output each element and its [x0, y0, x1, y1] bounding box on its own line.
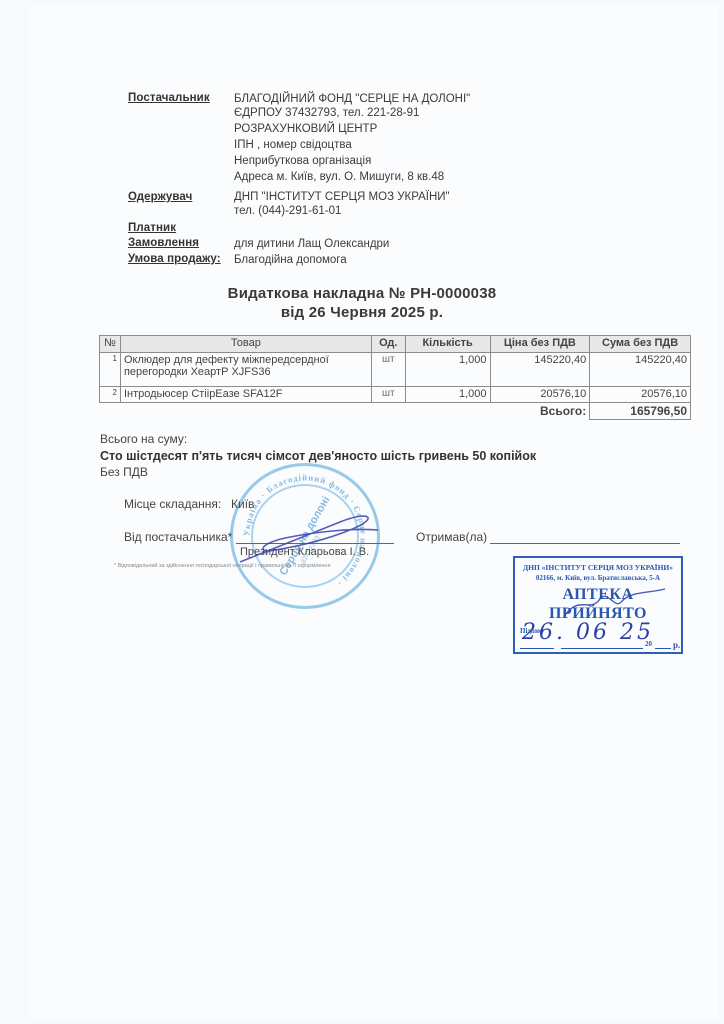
- recipient-phone: тел. (044)-291-61-01: [234, 203, 341, 219]
- place-label: Місце складання:: [124, 497, 221, 511]
- supplier-org-type: Неприбуткова організація: [234, 153, 371, 169]
- row-qty: 1,000: [405, 387, 490, 403]
- sale-terms-label: Умова продажу:: [128, 253, 221, 265]
- stamp-signature-scribble: [560, 585, 670, 625]
- supplier-address: Адреса м. Київ, вул. О. Мишуги, 8 кв.48: [234, 169, 444, 185]
- col-header-sum: Сума без ПДВ: [590, 336, 691, 353]
- table-total-row: Всього: 165796,50: [100, 403, 691, 420]
- table-header-row: № Товар Од. Кількість Ціна без ПДВ Сума …: [100, 336, 691, 353]
- row-sum: 145220,40: [590, 353, 691, 387]
- col-header-num: №: [100, 336, 121, 353]
- order-value: для дитини Лащ Олександри: [234, 236, 389, 252]
- goods-table: № Товар Од. Кількість Ціна без ПДВ Сума …: [99, 335, 691, 420]
- supplier-signature-scribble: [230, 500, 390, 570]
- vat-note: Без ПДВ: [100, 465, 148, 479]
- col-header-unit: Од.: [371, 336, 405, 353]
- document-date: від 26 Червня 2025 р.: [0, 304, 724, 321]
- row-price: 145220,40: [490, 353, 590, 387]
- supplier-label: Постачальник: [128, 92, 210, 104]
- recipient-label: Одержувач: [128, 191, 192, 203]
- supplier-center: РОЗРАХУНКОВИЙ ЦЕНТР: [234, 121, 377, 137]
- row-sum: 20576,10: [590, 387, 691, 403]
- col-header-item: Товар: [120, 336, 371, 353]
- row-num: 2: [100, 387, 121, 403]
- table-row: 2 Інтродьюсер СтіірЕазе SFA12F шт 1,000 …: [100, 387, 691, 403]
- total-label: Всього:: [490, 403, 590, 420]
- sale-terms-value: Благодійна допомога: [234, 252, 347, 268]
- col-header-qty: Кількість: [405, 336, 490, 353]
- received-label: Отримав(ла): [416, 530, 487, 544]
- table-row: 1 Оклюдер для дефекту міжпередсердної пе…: [100, 353, 691, 387]
- row-qty: 1,000: [405, 353, 490, 387]
- row-price: 20576,10: [490, 387, 590, 403]
- row-unit: шт: [371, 353, 405, 387]
- row-num: 1: [100, 353, 121, 387]
- amount-in-words: Сто шістдесят п'ять тисяч сімсот дев'яно…: [100, 449, 536, 463]
- row-unit: шт: [371, 387, 405, 403]
- from-supplier-label: Від постачальника*: [124, 530, 232, 544]
- stamp-year-suffix: р.: [673, 640, 680, 650]
- order-label: Замовлення: [128, 237, 199, 249]
- received-signature-line: [490, 543, 680, 544]
- row-item: Інтродьюсер СтіірЕазе SFA12F: [120, 387, 371, 403]
- stamp-address: 02166, м. Київ, вул. Братиславська, 5-А: [515, 574, 681, 582]
- col-header-price: Ціна без ПДВ: [490, 336, 590, 353]
- supplier-edrpou: ЄДРПОУ 37432793, тел. 221-28-91: [234, 105, 419, 121]
- payer-label: Платник: [128, 222, 176, 234]
- summary-label: Всього на суму:: [100, 432, 187, 446]
- supplier-ipn: ІПН , номер свідоцтва: [234, 137, 352, 153]
- row-item: Оклюдер для дефекту міжпередсердної пере…: [120, 353, 371, 387]
- stamp-org: ДНП «ІНСТИТУТ СЕРЦЯ МОЗ УКРАЇНИ»: [515, 563, 681, 572]
- document-title: Видаткова накладна № РН-0000038: [0, 285, 724, 302]
- total-value: 165796,50: [590, 403, 691, 420]
